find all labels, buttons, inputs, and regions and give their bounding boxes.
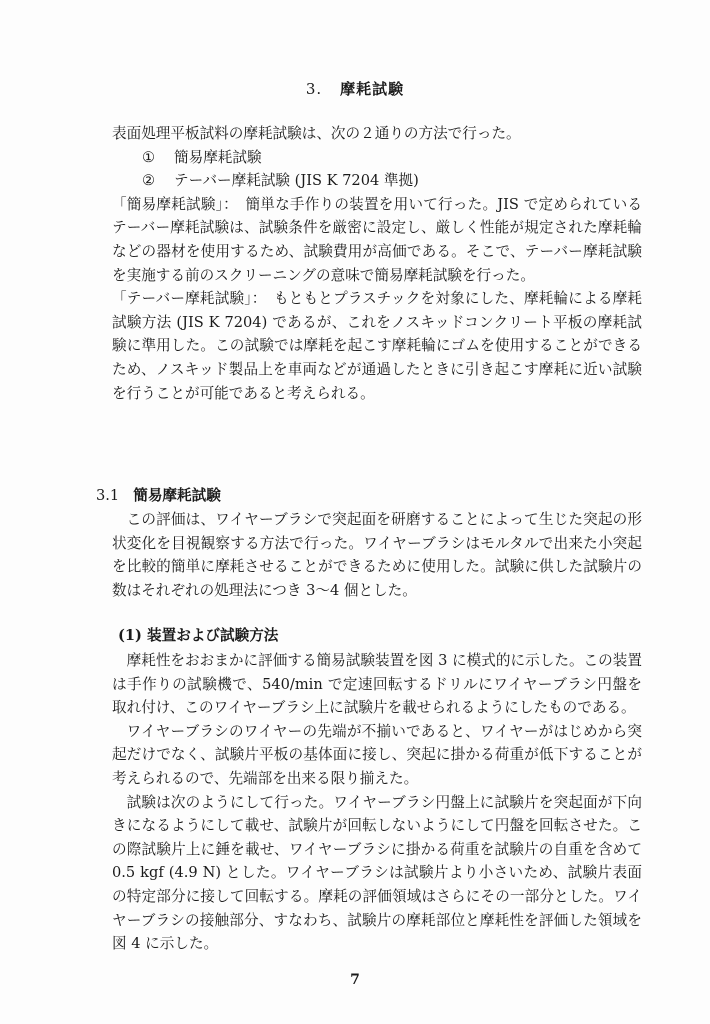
body-paragraph: この評価は、ワイヤーブラシで突起面を研磨することによって生じた突起の形状変化を目… xyxy=(112,508,642,602)
method-label: テーバー摩耗試験 (JIS K 7204 準拠) xyxy=(174,172,419,189)
subsection-title: 簡易摩耗試験 xyxy=(133,487,221,504)
body-paragraph: ワイヤーブラシのワイヤーの先端が不揃いであると、ワイヤーがはじめから突起だけでな… xyxy=(112,720,642,791)
section-title: 3.摩耗試験 xyxy=(0,78,710,99)
body-paragraph: 摩耗性をおおまかに評価する簡易試験装置を図 3 に模式的に示した。この装置は手作… xyxy=(112,649,642,720)
body-paragraph: 「テーバー摩耗試験」： もともとプラスチックを対象にした、摩耗輪による摩耗試験方… xyxy=(112,287,642,405)
page-number: 7 xyxy=(0,972,710,988)
subsubsection-heading: (1) 装置および試験方法 xyxy=(118,624,278,645)
subsubsection-body: 摩耗性をおおまかに評価する簡易試験装置を図 3 に模式的に示した。この装置は手作… xyxy=(112,649,642,956)
method-item: ②テーバー摩耗試験 (JIS K 7204 準拠) xyxy=(112,169,642,193)
method-item: ①簡易摩耗試験 xyxy=(112,146,642,170)
circled-number-1: ① xyxy=(142,146,174,170)
subsection-heading: 3.1簡易摩耗試験 xyxy=(96,484,221,505)
section-title-text: 摩耗試験 xyxy=(340,80,404,98)
subsection-number: 3.1 xyxy=(96,487,119,504)
body-paragraph: 「簡易摩耗試験」： 簡単な手作りの装置を用いて行った。JIS で定められているテ… xyxy=(112,193,642,287)
circled-number-2: ② xyxy=(142,169,174,193)
intro-paragraph: 表面処理平板試料の摩耗試験は、次の２通りの方法で行った。 xyxy=(112,122,642,146)
section-number: 3. xyxy=(306,80,322,98)
method-label: 簡易摩耗試験 xyxy=(174,149,262,166)
document-page: 3.摩耗試験 表面処理平板試料の摩耗試験は、次の２通りの方法で行った。 ①簡易摩… xyxy=(0,0,710,1024)
subsection-body: この評価は、ワイヤーブラシで突起面を研磨することによって生じた突起の形状変化を目… xyxy=(112,508,642,602)
section-body: 表面処理平板試料の摩耗試験は、次の２通りの方法で行った。 ①簡易摩耗試験 ②テー… xyxy=(112,122,642,405)
body-paragraph: 試験は次のようにして行った。ワイヤーブラシ円盤上に試験片を突起面が下向きになるよ… xyxy=(112,791,642,956)
